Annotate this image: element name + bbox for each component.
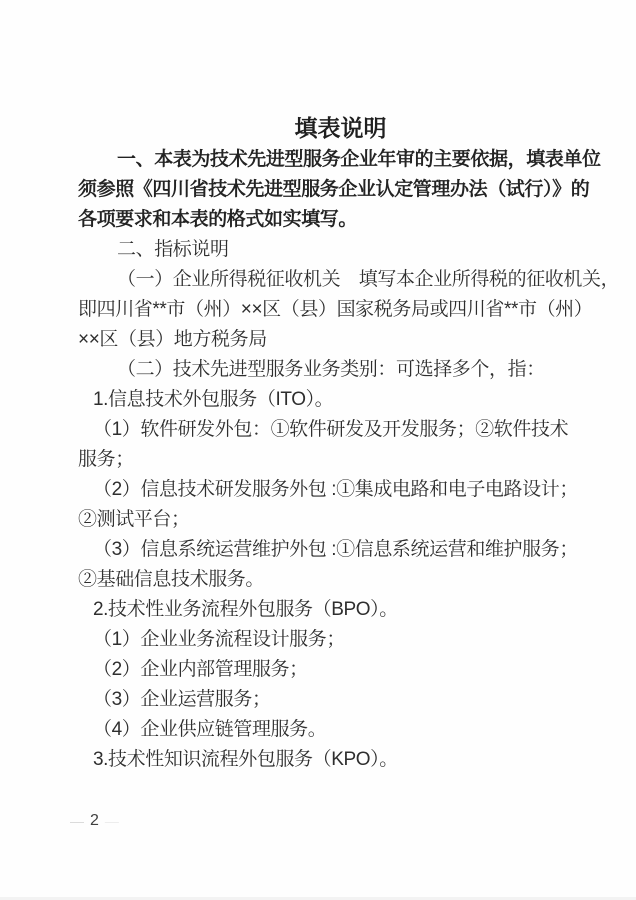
- doc-line: 二、指标说明: [78, 235, 603, 265]
- doc-line: （3）企业运营服务；: [78, 685, 603, 715]
- doc-line: 1.信息技术外包服务（ITO）。: [78, 385, 603, 415]
- doc-line: （二）技术先进型服务业务类别：可选择多个，指：: [78, 355, 603, 385]
- doc-line: （一）企业所得税征收机关 填写本企业所得税的征收机关，: [78, 265, 603, 295]
- footer-dash-right: —: [105, 806, 119, 836]
- page-title: 填表说明: [78, 113, 603, 143]
- document-body: 填表说明 一、本表为技术先进型服务企业年审的主要依据，填表单位 须参照《四川省技…: [78, 113, 603, 775]
- doc-line: （2）信息技术研发服务外包 :①集成电路和电子电路设计；: [78, 475, 603, 505]
- doc-line: 2.技术性业务流程外包服务（BPO）。: [78, 595, 603, 625]
- doc-line: 各项要求和本表的格式如实填写。: [78, 205, 603, 235]
- doc-line: ②基础信息技术服务。: [78, 565, 603, 595]
- doc-line: 即四川省**市（州）××区（县）国家税务局或四川省**市（州）: [78, 295, 603, 325]
- doc-line: ②测试平台；: [78, 505, 603, 535]
- footer-dash-left: —: [70, 806, 84, 836]
- doc-line: （1）软件研发外包：①软件研发及开发服务；②软件技术: [78, 415, 603, 445]
- page-number: 2: [90, 806, 99, 836]
- doc-line: 服务；: [78, 445, 603, 475]
- doc-line: 一、本表为技术先进型服务企业年审的主要依据，填表单位: [78, 145, 603, 175]
- doc-line: （4）企业供应链管理服务。: [78, 715, 603, 745]
- doc-line: （1）企业业务流程设计服务；: [78, 625, 603, 655]
- document-page: 填表说明 一、本表为技术先进型服务企业年审的主要依据，填表单位 须参照《四川省技…: [0, 0, 636, 900]
- page-footer: — 2 —: [70, 806, 119, 836]
- doc-line: （3）信息系统运营维护外包 :①信息系统运营和维护服务；: [78, 535, 603, 565]
- doc-line: 3.技术性知识流程外包服务（KPO）。: [78, 745, 603, 775]
- doc-line: ××区（县）地方税务局: [78, 325, 603, 355]
- doc-line: （2）企业内部管理服务；: [78, 655, 603, 685]
- doc-line: 须参照《四川省技术先进型服务企业认定管理办法（试行）》的: [78, 175, 603, 205]
